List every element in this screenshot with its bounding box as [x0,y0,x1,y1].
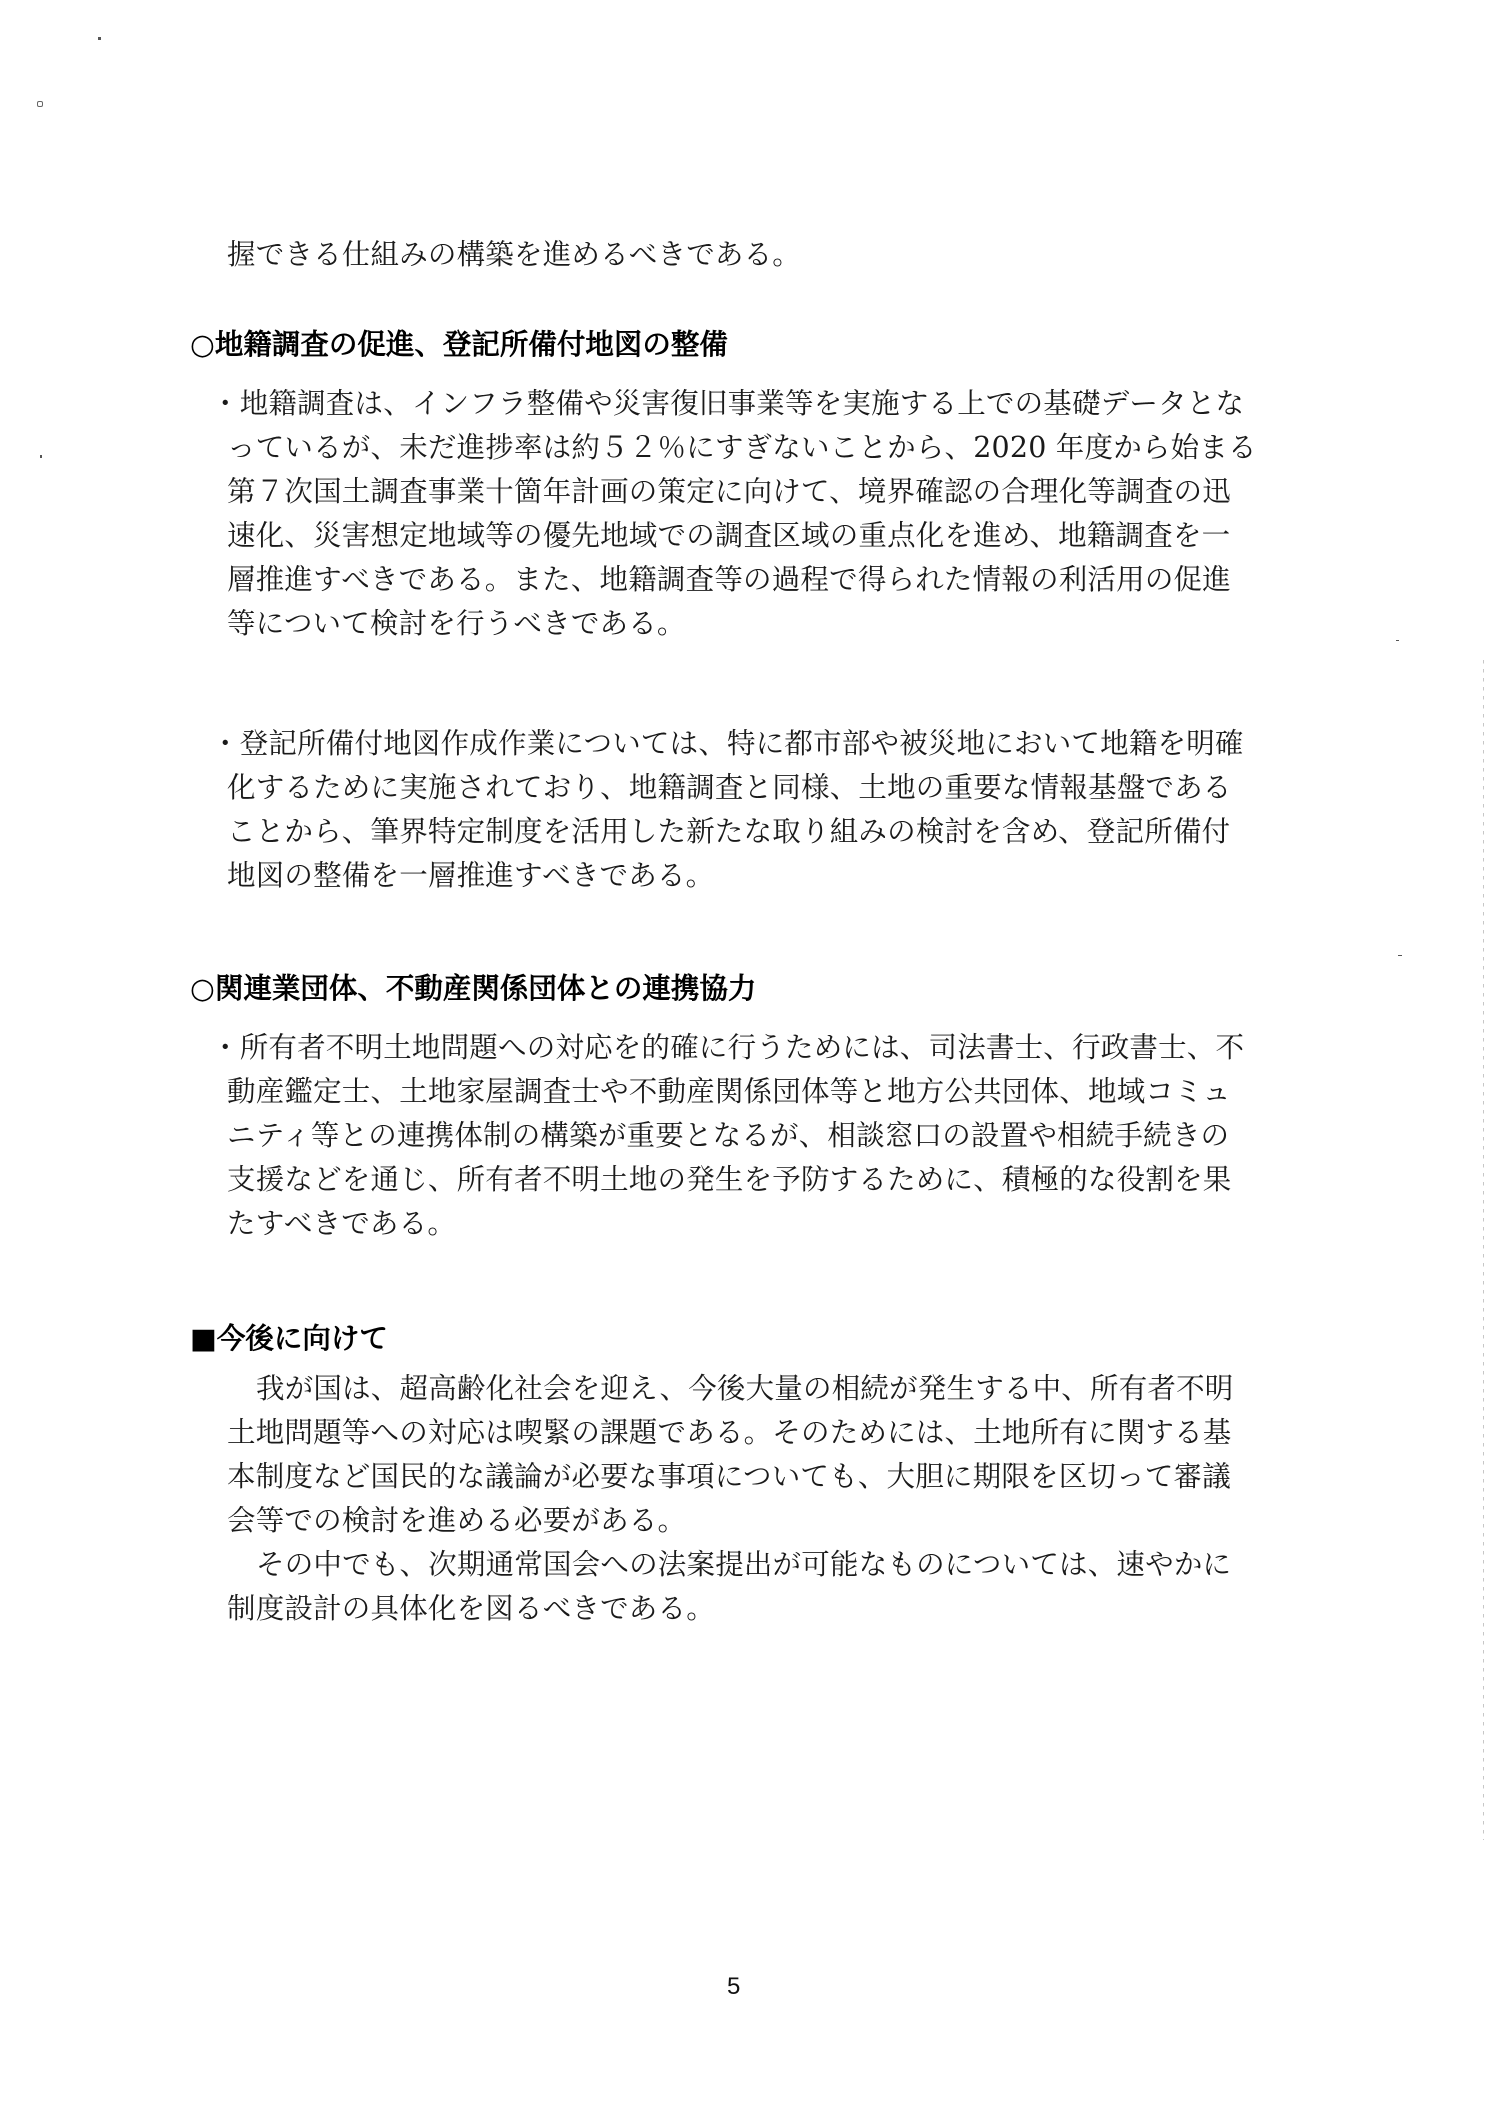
text-line: 動産鑑定士、土地家屋調査士や不動産関係団体等と地方公共団体、地域コミュ [227,1074,1272,1110]
scan-speck [1398,955,1402,956]
text-line: 会等での検討を進める必要がある。 [227,1503,1272,1539]
text-line: 制度設計の具体化を図るべきである。 [227,1591,1272,1627]
page-number: 5 [727,1972,740,2002]
text-line: 我が国は、超高齢化社会を迎え、今後大量の相続が発生する中、所有者不明 [256,1371,1301,1407]
text-line: ことから、筆界特定制度を活用した新たな取り組みの検討を含め、登記所備付 [227,814,1272,850]
section-heading-future: ■今後に向けて [190,1321,388,1357]
text-line: その中でも、次期通常国会への法案提出が可能なものについては、速やかに [256,1547,1301,1583]
continued-text: 握できる仕組みの構築を進めるべきである。 [227,237,1272,273]
text-line: ・登記所備付地図作成作業については、特に都市部や被災地において地籍を明確 [211,726,1256,762]
scan-speck [1396,640,1399,641]
text-line: 土地問題等への対応は喫緊の課題である。そのためには、土地所有に関する基 [227,1415,1272,1451]
text-line: たすべきである。 [227,1206,1272,1242]
text-line: 第７次国土調査事業十箇年計画の策定に向けて、境界確認の合理化等調査の迅 [227,474,1272,510]
text-line: 支援などを通じ、所有者不明土地の発生を予防するために、積極的な役割を果 [227,1162,1272,1198]
scan-speck [40,455,42,458]
text-line: ・地籍調査は、インフラ整備や災害復旧事業等を実施する上での基礎データとな [211,386,1256,422]
text-line: 地図の整備を一層推進すべきである。 [227,858,1272,894]
document-page: 握できる仕組みの構築を進めるべきである。 ○地籍調査の促進、登記所備付地図の整備… [0,0,1494,2115]
scan-edge-artifact [1483,660,1484,1840]
text-line: 化するために実施されており、地籍調査と同様、土地の重要な情報基盤である [227,770,1272,806]
text-line: っているが、未だ進捗率は約５２％にすぎないことから、2020 年度から始まる [227,430,1272,466]
text-line: ・所有者不明土地問題への対応を的確に行うためには、司法書士、行政書士、不 [211,1030,1256,1066]
scan-speck [37,101,43,107]
section-heading-cooperation: ○関連業団体、不動産関係団体との連携協力 [190,971,756,1007]
text-line: 本制度など国民的な議論が必要な事項についても、大胆に期限を区切って審議 [227,1459,1272,1495]
section-heading-cadastral-survey: ○地籍調査の促進、登記所備付地図の整備 [190,327,728,363]
text-line: 層推進すべきである。また、地籍調査等の過程で得られた情報の利活用の促進 [227,562,1272,598]
scan-speck [98,37,101,40]
text-line: ニティ等との連携体制の構築が重要となるが、相談窓口の設置や相続手続きの [227,1118,1272,1154]
text-line: 等について検討を行うべきである。 [227,606,1272,642]
text-line: 速化、災害想定地域等の優先地域での調査区域の重点化を進め、地籍調査を一 [227,518,1272,554]
